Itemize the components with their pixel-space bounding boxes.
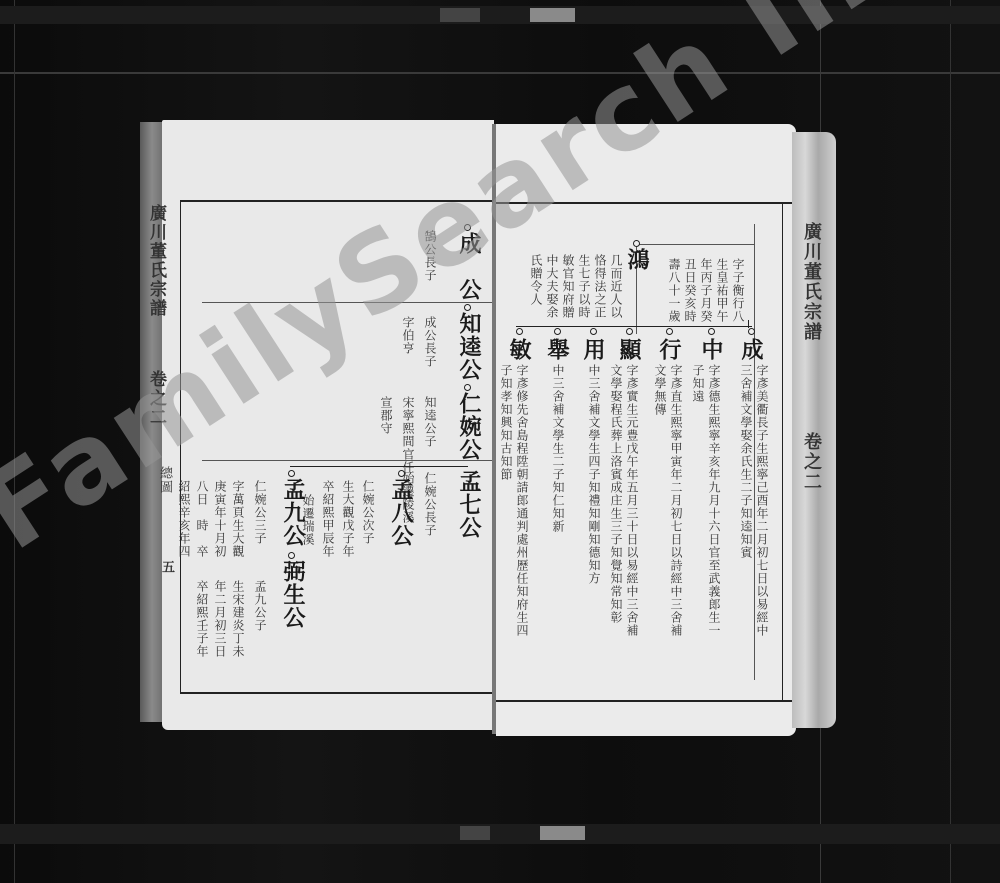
- note: 字子衡行八: [732, 258, 744, 323]
- film-strip-bottom: [0, 824, 1000, 844]
- person-min: 敏: [508, 338, 530, 361]
- film-scratch: [14, 0, 15, 883]
- page-number: 五: [160, 560, 173, 574]
- divider-1: [202, 302, 492, 303]
- person-mengqi-gong: 孟七公: [458, 470, 480, 539]
- note: 字彥直生熙寧甲寅年二月初七日以詩經中三舍補: [670, 364, 682, 637]
- note: 字彥修先舍島程陞朝請郎通判處州歷任知府生四: [516, 364, 528, 637]
- note: 恪得法之正: [594, 254, 606, 319]
- note: 字彥美衢長子生熙寧己酉年二月初七日以易經中: [756, 364, 768, 637]
- person-zhikui-gong: 知逵公: [458, 312, 480, 381]
- note: 成公長子: [424, 316, 436, 368]
- note: 庚寅年十月初: [214, 480, 226, 558]
- note: 仁婉公長子: [424, 472, 436, 537]
- node: [464, 304, 471, 311]
- note: 文學娶程氏葬上洛賓成庄生三子知覺知常知彰: [610, 364, 622, 624]
- node: [626, 328, 633, 335]
- note: 生宋建炎丁未: [232, 580, 244, 658]
- branch-tick: [748, 320, 749, 328]
- note: 宣郡守: [380, 396, 392, 435]
- person-ju: 舉: [546, 338, 568, 361]
- note: 丑日癸亥時: [684, 258, 696, 323]
- bottom-border: [180, 692, 492, 694]
- note: 中三舍補文學生四子知禮知剛知德知方: [588, 364, 600, 585]
- note: 八日 時 卒: [196, 480, 208, 558]
- film-edge-line: [0, 72, 1000, 74]
- node: [708, 328, 715, 335]
- node: [288, 552, 295, 559]
- note: 几而近人以: [610, 254, 622, 319]
- box-top: [636, 244, 754, 245]
- film-strip-top: [0, 6, 1000, 24]
- open-book: 廣川董氏宗譜 卷之二 總圖 五 成 公 鵠公長子 知逵公 成公長子 字伯亨 仁婉…: [140, 118, 840, 738]
- person-zhong: 中: [700, 338, 722, 361]
- node: [554, 328, 561, 335]
- note: 鵠公長子: [424, 230, 436, 282]
- right-page: 鴻 字子衡行八 生皇祐甲午 年丙子月癸 丑日癸亥時 壽八十一歲 几而近人以 恪得…: [496, 124, 796, 736]
- note: 孟九公子: [254, 580, 266, 632]
- spine-title: 廣川董氏宗譜: [144, 204, 169, 318]
- volume-label: 卷之二: [798, 432, 824, 492]
- node: [464, 384, 471, 391]
- spine-title: 廣川董氏宗譜: [798, 222, 824, 342]
- note: 卒紹熙壬子年: [196, 580, 208, 658]
- note: 知逵公子: [424, 396, 436, 448]
- node: [398, 470, 405, 477]
- note: 敏官知府贈: [562, 254, 574, 319]
- bottom-border: [496, 700, 796, 702]
- person-mengba-gong: 孟八公: [390, 478, 412, 547]
- person-mengjiu-gong: 孟九公: [282, 478, 304, 547]
- film-scratch: [950, 0, 951, 883]
- divider-2: [202, 460, 492, 461]
- node: [590, 328, 597, 335]
- note: 仁婉公次子: [362, 480, 374, 545]
- volume-label: 卷之二: [144, 370, 169, 427]
- note: 宋寧熙間官任: [402, 396, 414, 474]
- book-right-edge: 廣川董氏宗譜 卷之二: [792, 132, 836, 728]
- note: 子知遠: [692, 364, 704, 403]
- note: 氏贈令人: [530, 254, 542, 306]
- note: 年丙子月癸: [700, 258, 712, 323]
- node: [748, 328, 755, 335]
- node: [633, 240, 640, 247]
- person-renwan-gong: 仁婉公: [458, 392, 480, 461]
- note: 紹熙辛亥年四: [178, 480, 190, 558]
- person-cheng: 成: [740, 338, 762, 361]
- person-xian: 顯: [618, 338, 640, 361]
- note: 仁婉公三子: [254, 480, 266, 545]
- note: 生七子以時: [578, 254, 590, 319]
- section-label: 總圖: [158, 466, 171, 494]
- right-border: [782, 202, 783, 702]
- left-page: 廣川董氏宗譜 卷之二 總圖 五 成 公 鵠公長子 知逵公 成公長子 字伯亨 仁婉…: [162, 120, 494, 730]
- note: 字萬頁生大觀: [232, 480, 244, 558]
- node: [288, 470, 295, 477]
- note: 字彥德生熙寧辛亥年九月十六日官至武義郎生一: [708, 364, 720, 637]
- note: 字伯亨: [402, 316, 414, 355]
- person-yong: 用: [582, 338, 604, 361]
- node: [666, 328, 673, 335]
- note: 中三舍補文學生二子知仁知新: [552, 364, 564, 533]
- node: [516, 328, 523, 335]
- person-xing: 行: [658, 338, 680, 361]
- top-border: [180, 200, 492, 202]
- note: 文學無傳: [654, 364, 666, 416]
- top-border: [496, 202, 796, 204]
- note: 卒紹熙甲辰年: [322, 480, 334, 558]
- note: 子知孝知興知古知節: [500, 364, 512, 481]
- person-cheng-gong: 成 公: [458, 232, 480, 301]
- person-hong: 鴻: [626, 248, 648, 271]
- person-bisheng-gong: 弼生公: [282, 560, 304, 629]
- note: 三舍補文學娶余氏生二子知逵知賓: [740, 364, 752, 559]
- note: 生大觀戊子年: [342, 480, 354, 558]
- note: 中大夫娶余: [546, 254, 558, 319]
- node: [464, 224, 471, 231]
- note: 字彥實生元豊戊午年五月三十日以易經中三舍補: [626, 364, 638, 637]
- note: 壽八十一歲: [668, 258, 680, 323]
- branch-line: [290, 466, 468, 467]
- branch-line: [516, 326, 752, 327]
- left-border: [180, 200, 181, 694]
- note: 年二月初三日: [214, 580, 226, 658]
- note: 生皇祐甲午: [716, 258, 728, 323]
